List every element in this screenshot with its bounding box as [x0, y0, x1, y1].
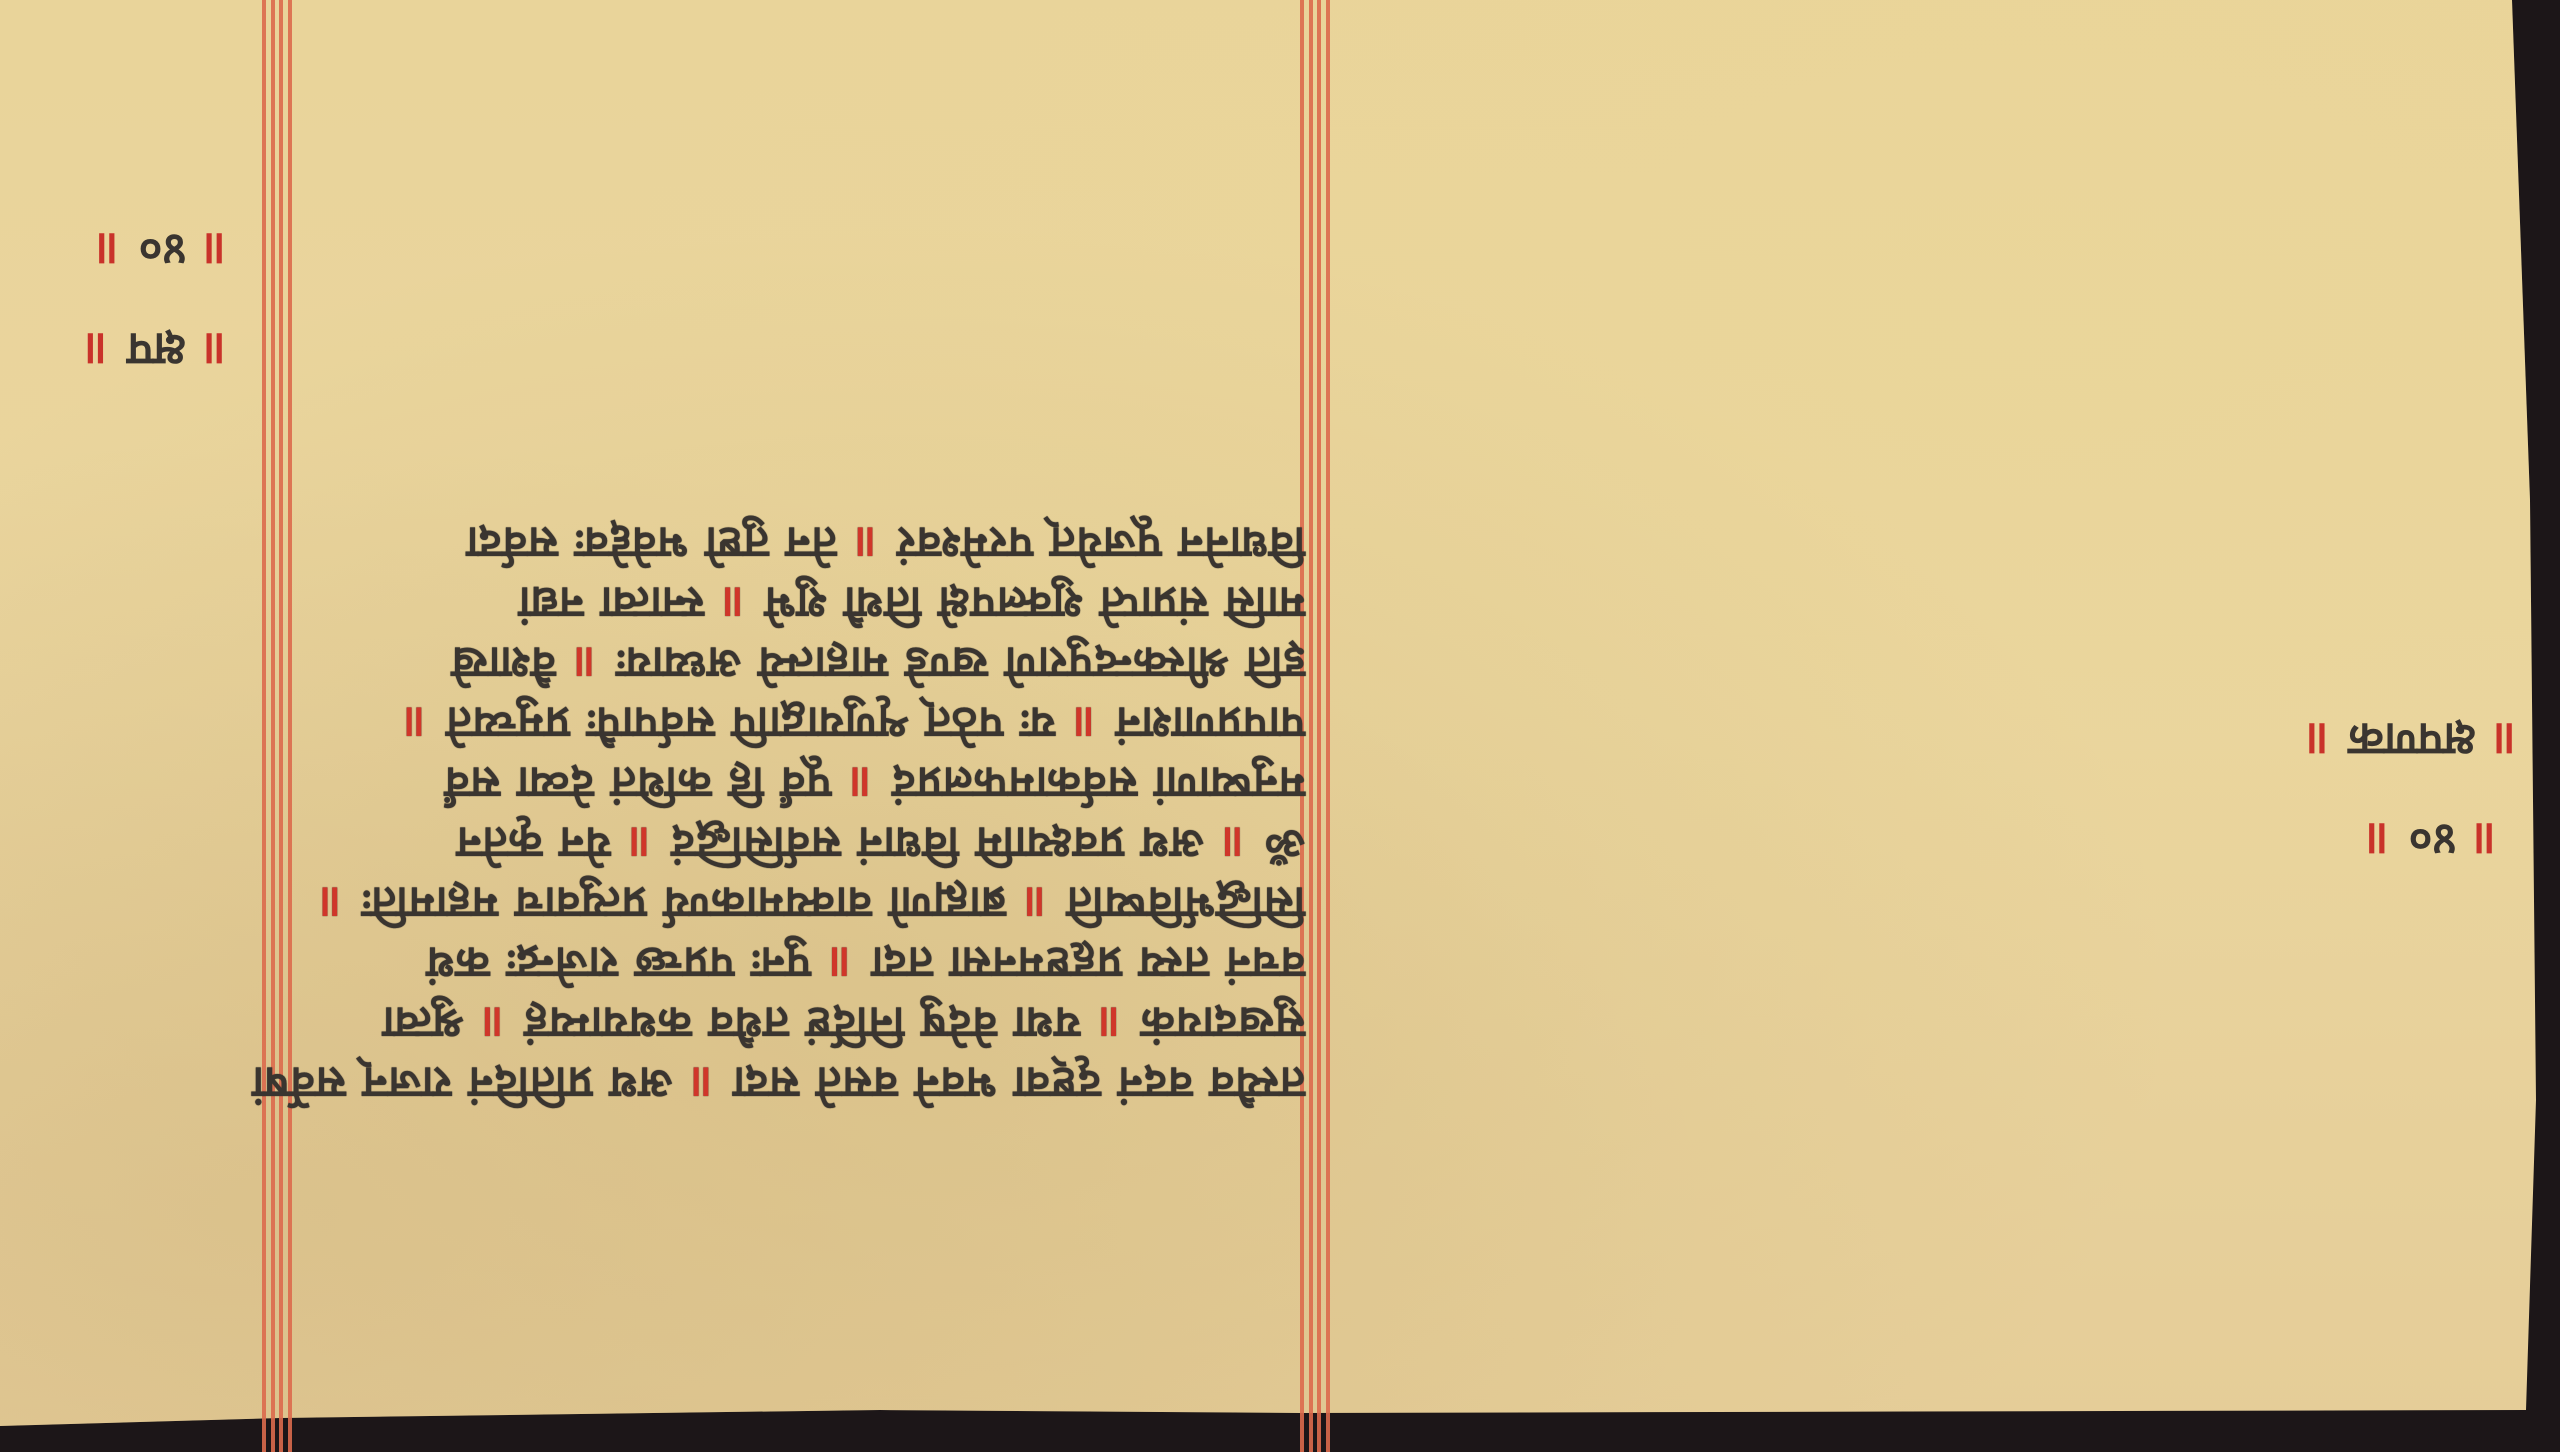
manuscript-text-block: तस्यैव वदनं दृष्ट्वा भवने वसते सदा ॥ अथ …: [205, 512, 1305, 1112]
text-line-9: मासि संप्राप्ते शुक्लपक्षे तिथौ शुभे ॥ स…: [205, 572, 1305, 632]
text-line-4: सिद्धिर्भविष्यति ॥ ब्राह्मणो वाक्यमाकर्ण…: [205, 872, 1305, 932]
margin-left-folio-number: ॥ ४० ॥: [95, 220, 230, 282]
text-line-5: ॐ ॥ अथ प्रवक्ष्यामि विधानं सर्वसिद्धिदं …: [205, 812, 1305, 872]
rotated-page-content: तस्यैव वदनं दृष्ट्वा भवने वसते सदा ॥ अथ …: [0, 0, 2560, 1452]
text-line-6: मनुष्याणां सर्वकामफलप्रदं ॥ पूर्वं हि कथ…: [205, 752, 1305, 812]
margin-right-label: ॥ क्षपणक ॥: [2305, 710, 2520, 772]
margin-left-label: ॥ क्षप ॥: [84, 320, 230, 382]
text-line-2: सुखदायकं ॥ यथा वेदेषु निर्दिष्टं तथैव कथ…: [205, 992, 1305, 1052]
margin-right-folio-number: ॥ ४० ॥: [2365, 810, 2500, 872]
text-line-10: विधानेन पूजयेत् परमेश्वरं ॥ तेन तुष्टो भ…: [205, 512, 1305, 572]
text-line-7: पापप्रणाशनं ॥ यः पठेत् शृणुयाद्वापि सर्व…: [205, 692, 1305, 752]
text-line-1: तस्यैव वदनं दृष्ट्वा भवने वसते सदा ॥ अथ …: [205, 1052, 1305, 1112]
text-line-3: वचनं तस्य प्रहृष्टमनसा तदा ॥ पुनः पप्रच्…: [205, 932, 1305, 992]
text-line-8: इति श्रीस्कन्दपुराणे खण्डे माहात्म्ये अध…: [205, 632, 1305, 692]
